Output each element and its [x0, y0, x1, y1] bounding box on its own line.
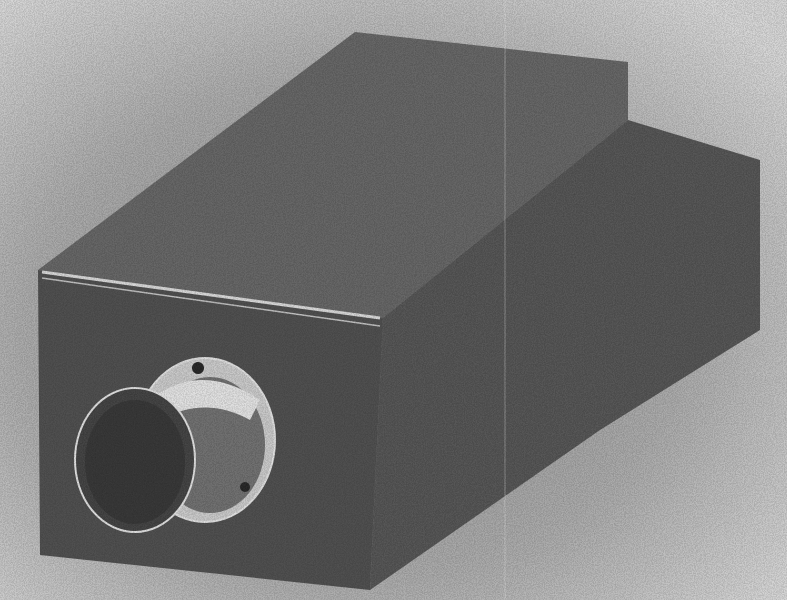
- camera-illustration: [0, 0, 787, 600]
- camera-photo: [0, 0, 787, 600]
